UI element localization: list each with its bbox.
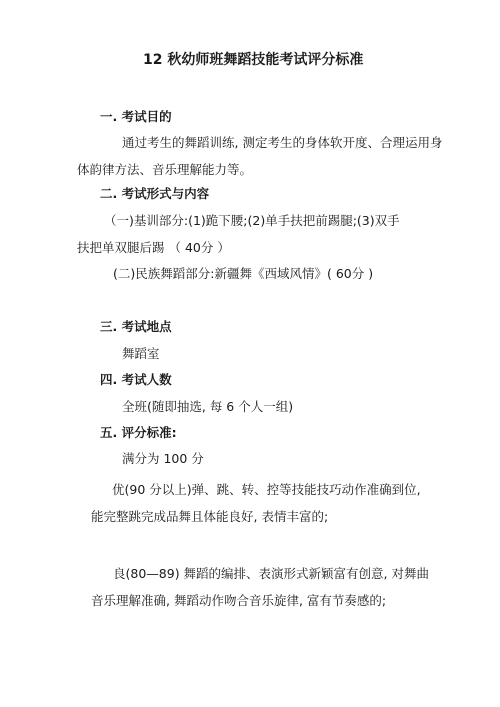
section-1-paragraph: 体韵律方法、音乐理解能力等。 (77, 162, 252, 178)
section-4-paragraph: 全班(随即抽选, 每 6 个人一组) (122, 399, 293, 415)
section-2-paragraph: (二)民族舞蹈部分:新疆舞《西域风情》( 60分 ) (113, 266, 373, 282)
section-2-heading: 二. 考试形式与内容 (100, 186, 209, 202)
section-5-heading: 五. 评分标准: (100, 425, 177, 441)
section-5-paragraph: 满分为 100 分 (122, 451, 204, 467)
section-5-paragraph: 音乐理解准确, 舞蹈动作吻合音乐旋律, 富有节奏感的; (91, 593, 386, 609)
section-5-paragraph: 优(90 分以上)弹、跳、转、控等技能技巧动作准确到位, (112, 482, 421, 498)
section-5-paragraph: 能完整跳完成品舞且体能良好, 表情丰富的; (91, 509, 328, 525)
document-title: 12 秋幼师班舞蹈技能考试评分标准 (143, 52, 363, 68)
section-1-heading: 一. 考试目的 (100, 109, 172, 125)
section-2-paragraph: （一)基训部分:(1)跪下腰;(2)单手扶把前踢腿;(3)双手 (104, 213, 400, 229)
section-1-paragraph: 通过考生的舞蹈训练, 测定考生的身体软开度、合理运用身 (122, 135, 442, 151)
section-2-paragraph: 扶把单双腿后踢 （ 40分 ） (77, 240, 230, 256)
section-3-paragraph: 舞蹈室 (122, 346, 160, 362)
section-5-paragraph: 良(80—89) 舞蹈的编排、表演形式新颖富有创意, 对舞曲 (113, 566, 429, 582)
section-3-heading: 三. 考试地点 (100, 319, 172, 335)
section-4-heading: 四. 考试人数 (100, 372, 172, 388)
